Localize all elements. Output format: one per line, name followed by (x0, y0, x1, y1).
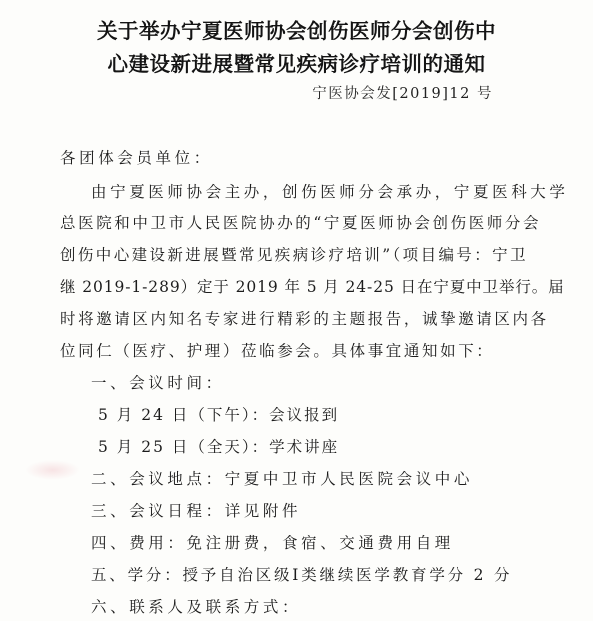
list-item: 三、会议日程：详见附件 (91, 499, 301, 521)
seal-stain (25, 460, 80, 480)
paragraph-line: 时将邀请区内知名专家进行精彩的主题报告，诚挚邀请区内各 (60, 307, 549, 329)
list-item: 一、会议时间： (91, 371, 225, 393)
paragraph-line: 总医院和中卫市人民医院协办的“宁夏医师协会创伤医师分会 (60, 211, 541, 233)
list-item: 五、学分：授予自治区级Ⅰ类继续医学教育学分 2 分 (91, 563, 512, 585)
list-item: 六、联系人及联系方式： (91, 595, 301, 617)
list-item: 5 月 25 日（全天）：学术讲座 (98, 435, 339, 457)
list-item: 5 月 24 日（下午）：会议报到 (98, 403, 339, 425)
title-line-1: 关于举办宁夏医师协会创伤医师分会创伤中 (0, 14, 593, 44)
paragraph-line: 由宁夏医师协会主办，创伤医师分会承办，宁夏医科大学 (91, 180, 569, 202)
paragraph-line: 创伤中心建设新进展暨常见疾病诊疗培训”（项目编号：宁卫 (60, 243, 528, 265)
list-item: 四、费用：免注册费，食宿、交通费用自理 (91, 531, 454, 553)
paragraph-line: 继 2019-1-289）定于 2019 年 5 月 24-25 日在宁夏中卫举… (60, 275, 565, 297)
title-line-2: 心建设新进展暨常见疾病诊疗培训的通知 (0, 47, 593, 77)
list-item: 二、会议地点：宁夏中卫市人民医院会议中心 (91, 467, 473, 489)
paragraph-line: 位同仁（医疗、护理）莅临参会。具体事宜通知如下： (60, 339, 494, 361)
salutation: 各团体会员单位： (60, 146, 213, 168)
notice-document: 关于举办宁夏医师协会创伤医师分会创伤中 心建设新进展暨常见疾病诊疗培训的通知 宁… (0, 0, 593, 621)
document-number: 宁医协会发[2019]12 号 (312, 82, 493, 103)
